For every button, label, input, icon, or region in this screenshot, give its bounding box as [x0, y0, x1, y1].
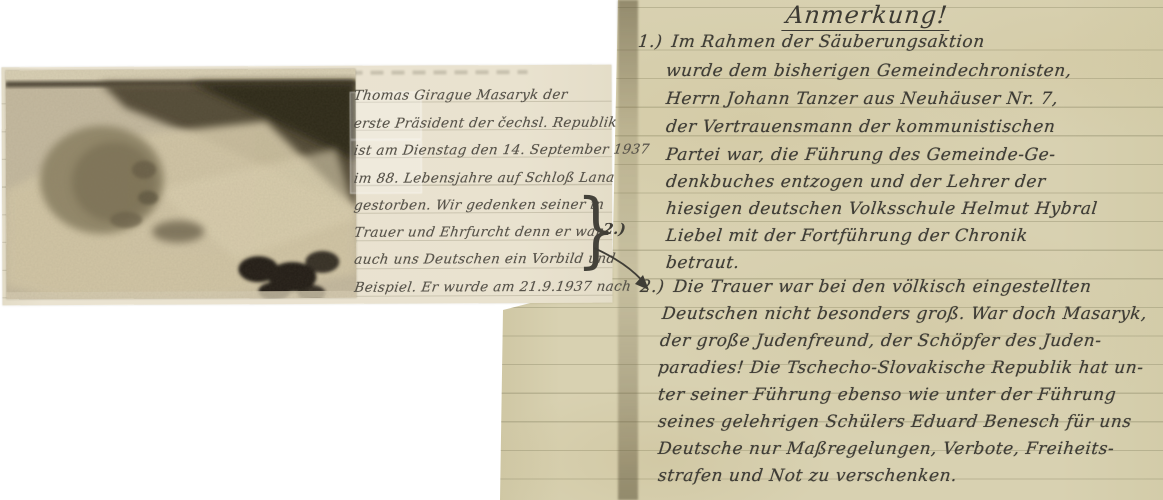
handwriting-line: 1.)Im Rahmen der Säuberungsaktion: [637, 32, 986, 52]
handwriting-line: Liebel mit der Fortführung der Chronik: [665, 226, 1029, 246]
handwriting-line: ter seiner Führung ebenso wie unter der …: [657, 385, 1117, 405]
handwriting-line: denkbuches entzogen und der Lehrer der: [665, 172, 1047, 192]
handwriting-line: 2.)Die Trauer war bei den völkisch einge…: [639, 277, 1093, 297]
annotation-arrow: [588, 242, 660, 298]
handwriting-line: Trauer und Ehrfurcht denn er war: [353, 224, 603, 241]
page-title: Anmerkung!: [781, 1, 954, 29]
handwriting-line: betraut.: [665, 253, 741, 273]
annotation-brace-label: 2.): [602, 220, 627, 238]
handwriting-line: wurde dem bisherigen Gemeindechronisten,: [665, 61, 1073, 81]
handwriting-line: Herrn Johann Tanzer aus Neuhäuser Nr. 7,: [665, 89, 1059, 109]
handwriting-line: erste Präsident der čechsl. Republik: [353, 115, 618, 132]
handwriting-line: paradies! Die Tschecho-Slovakische Repub…: [657, 358, 1145, 378]
handwriting-line: der große Judenfreund, der Schöpfer des …: [659, 331, 1103, 351]
handwriting-line: Deutsche nur Maßregelungen, Verbote, Fre…: [657, 439, 1115, 459]
handwriting-line: Partei war, die Führung des Gemeinde-Ge-: [665, 145, 1057, 165]
chronicle-scan: Anmerkung! 1.)Im Rahmen der Säuberungsak…: [0, 0, 1163, 500]
handwriting-line: gestorben. Wir gedenken seiner in: [353, 197, 605, 214]
handwriting-line: seines gelehrigen Schülers Eduard Benesc…: [657, 412, 1133, 432]
pasted-paper-left: Thomas Girague Masaryk der erste Präside…: [1, 65, 612, 306]
item-number: 1.): [637, 32, 664, 52]
deathbed-photo: [5, 69, 356, 300]
handwriting-line: strafen und Not zu verschenken.: [657, 466, 958, 486]
handwriting-line: der Vertrauensmann der kommunistischen: [665, 117, 1056, 137]
handwriting-line: ist am Dienstag den 14. September 1937: [353, 142, 651, 159]
page-title-text: Anmerkung!: [781, 1, 952, 31]
handwriting-line: Thomas Girague Masaryk der: [353, 87, 569, 104]
handwriting-line: hiesigen deutschen Volksschule Helmut Hy…: [665, 199, 1099, 219]
handwriting-line: Deutschen nicht besonders groß. War doch…: [661, 304, 1148, 324]
